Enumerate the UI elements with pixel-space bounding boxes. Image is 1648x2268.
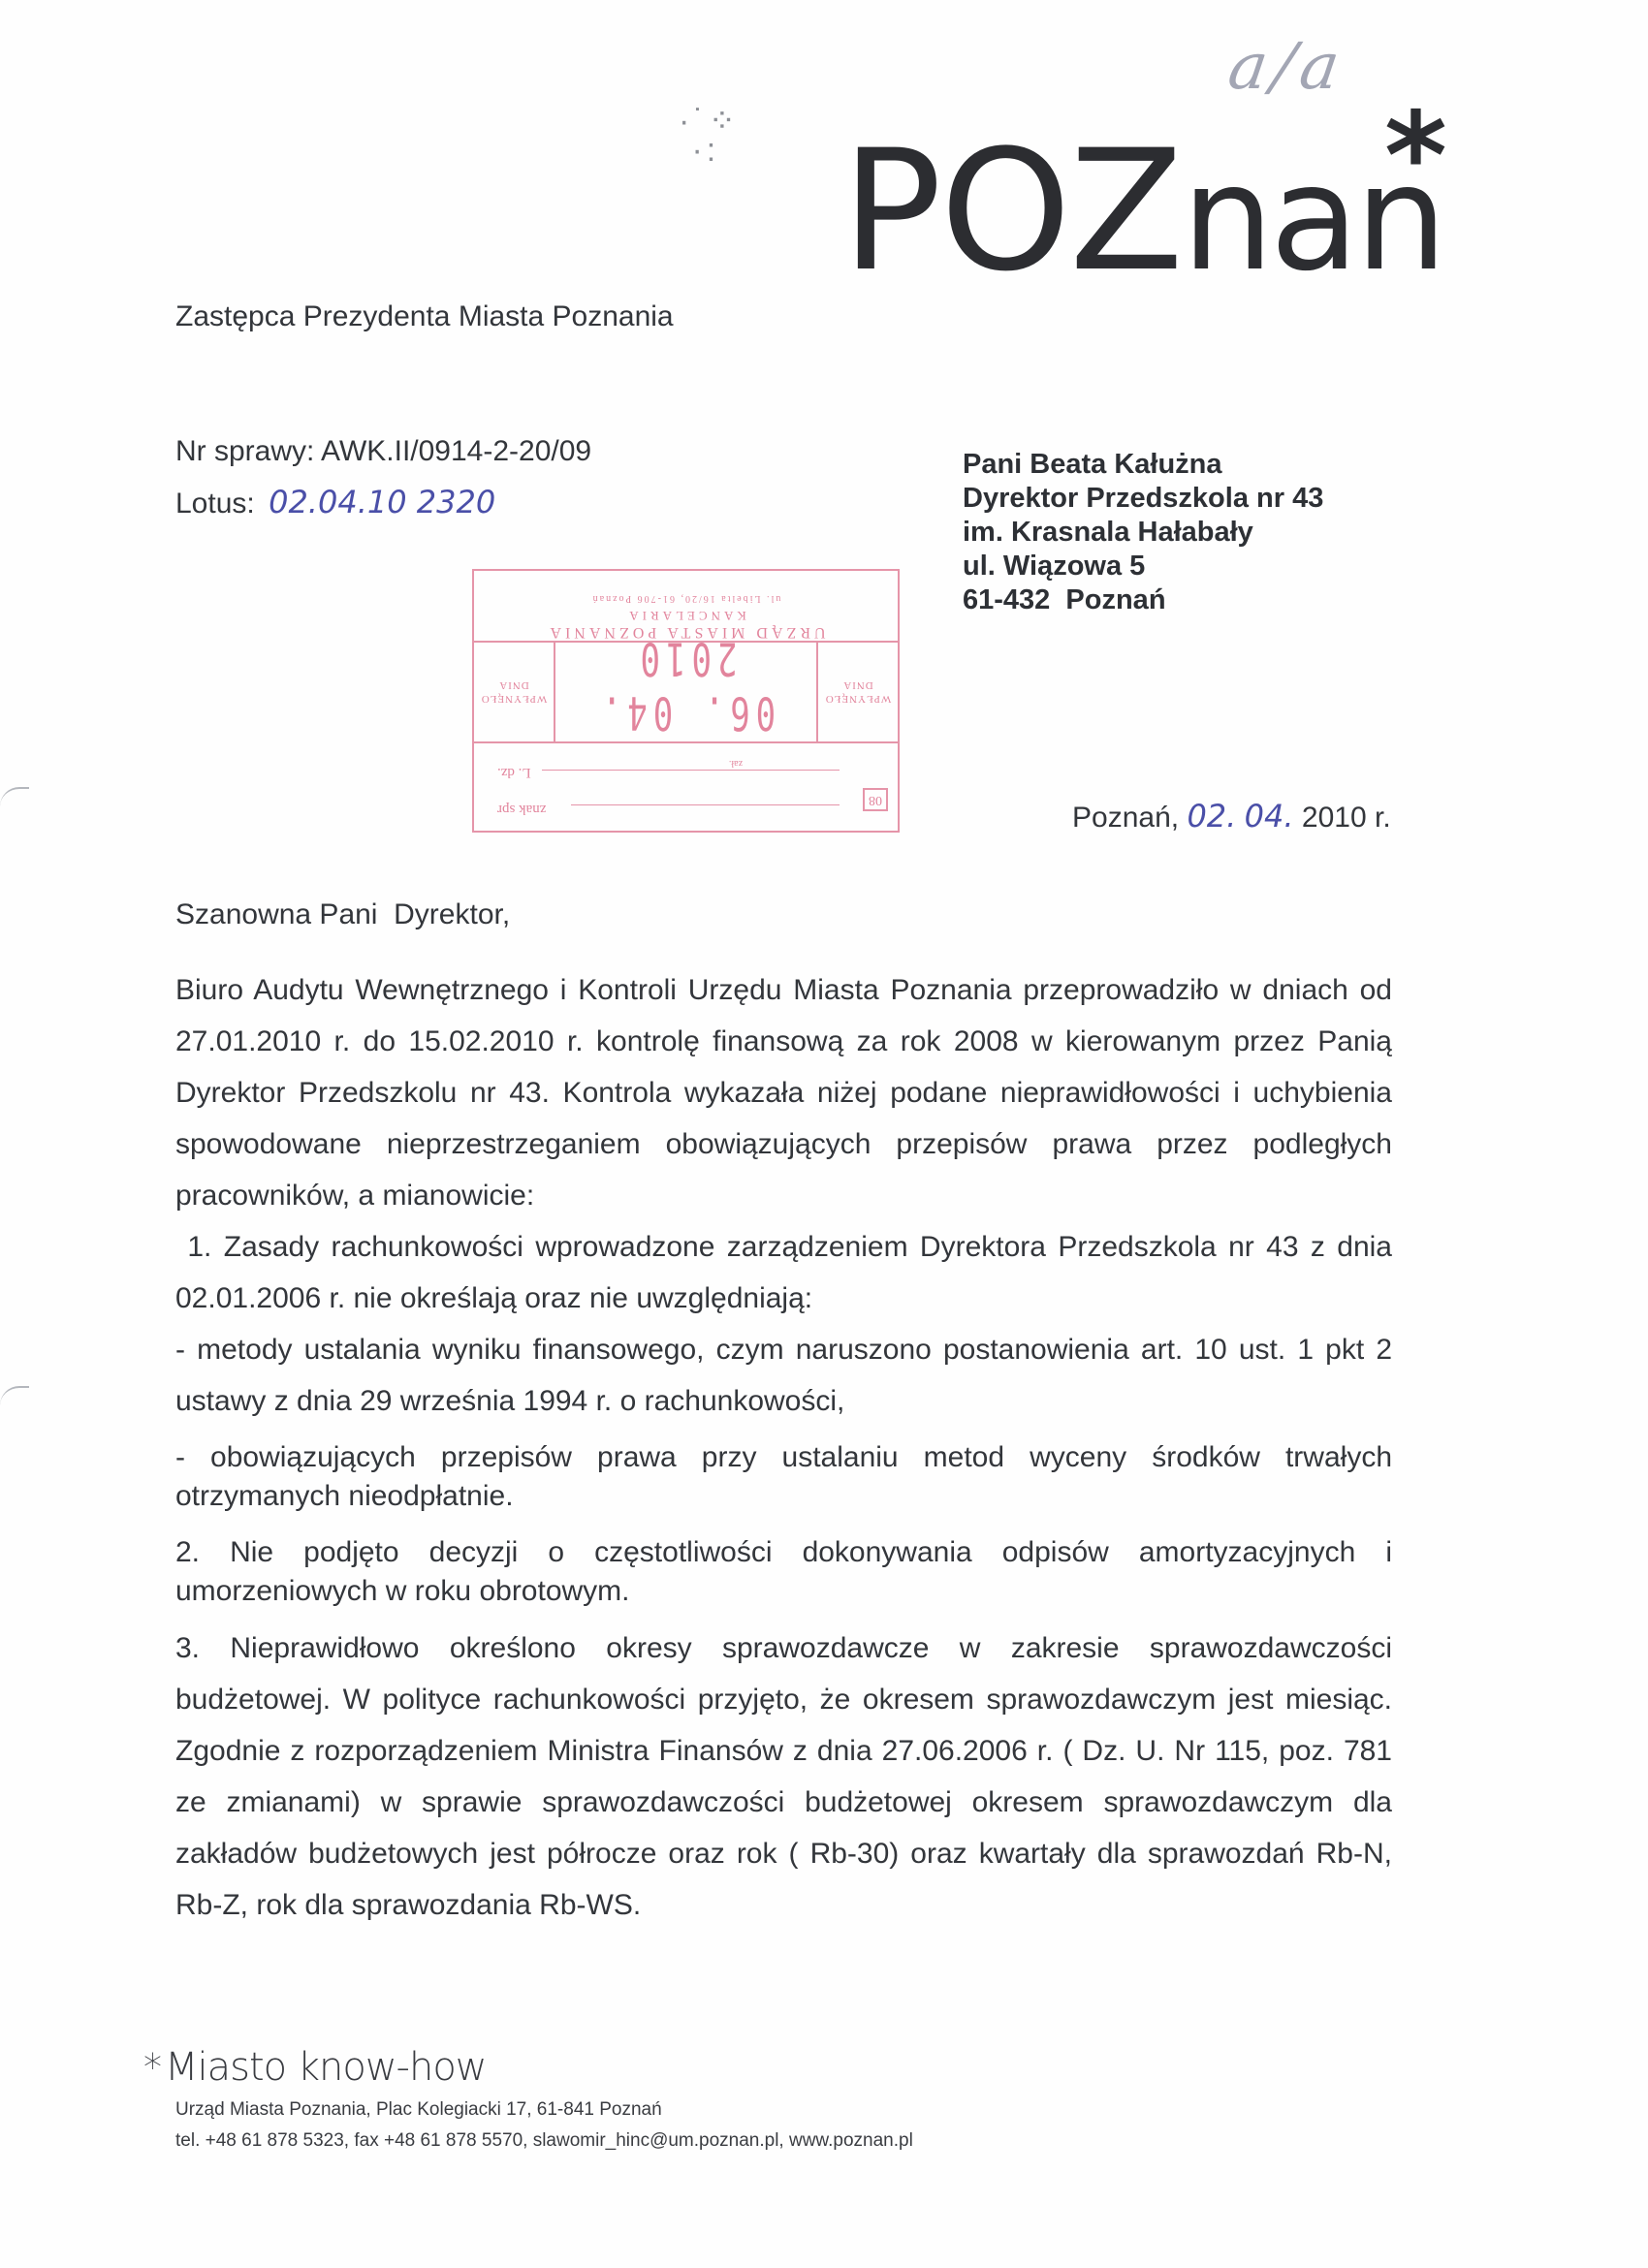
- stamp-label-attachments: zał.: [729, 758, 743, 769]
- intro-paragraph: Biuro Audytu Wewnętrznego i Kontroli Urz…: [175, 964, 1392, 1221]
- footer-asterisk-icon: *: [143, 2046, 161, 2089]
- scan-speckle-decoration: ·˙⁘ ·:: [679, 107, 740, 165]
- stamp-label-sign: znak spr: [497, 801, 546, 817]
- finding-2: 2. Nie podjęto decyzji o częstotliwości …: [175, 1533, 1392, 1611]
- stamp-received-word: WPŁYNĘŁO: [818, 692, 898, 706]
- finding-1-intro: 1. Zasady rachunkowości wprowadzone zarz…: [175, 1221, 1392, 1324]
- recipient-street: ul. Wiązowa 5: [963, 550, 1323, 583]
- lotus-handwritten-value: 02.04.10 2320: [269, 484, 495, 520]
- handwritten-corner-annotation: a/a: [1224, 29, 1350, 104]
- recipient-position: Dyrektor Przedszkola nr 43: [963, 482, 1323, 516]
- footer-tagline: *Miasto know-how: [143, 2045, 487, 2090]
- letter-body: Biuro Audytu Wewnętrznego i Kontroli Urz…: [175, 964, 1392, 1931]
- logo-asterisk-icon: *: [1384, 109, 1447, 205]
- recipient-city: 61-432 Poznań: [963, 583, 1323, 617]
- logo-text-upper: POZ: [841, 113, 1182, 308]
- stamp-middle-band: WPŁYNĘŁO DNIA 06. 04. 2010 WPŁYNĘŁO DNIA: [474, 641, 898, 743]
- finding-1-point-b: - obowiązujących przepisów prawa przy us…: [175, 1438, 1392, 1516]
- stamp-bottom-band: URZĄD MIASTA POZNANIA KANCELARIA ul. Lib…: [474, 571, 898, 643]
- date-handwritten-day: 02.: [1187, 798, 1236, 835]
- stamp-line: [571, 804, 840, 805]
- stamp-received-label-right: WPŁYNĘŁO DNIA: [474, 641, 555, 743]
- stamp-line: [542, 770, 840, 771]
- stamp-received-word: WPŁYNĘŁO: [474, 692, 554, 706]
- case-number-label: Nr sprawy:: [175, 435, 314, 467]
- footer-contact: tel. +48 61 878 5323, fax +48 61 878 557…: [175, 2130, 913, 2152]
- footer-address: Urząd Miasta Poznania, Plac Kolegiacki 1…: [175, 2099, 662, 2121]
- date-city: Poznań,: [1072, 802, 1179, 834]
- punch-hole-mark: [0, 1386, 29, 1405]
- footer-tagline-text: Miasto know-how: [165, 2045, 487, 2090]
- sender-title: Zastępca Prezydenta Miasta Poznania: [175, 300, 674, 333]
- stamp-day-word: DNIA: [474, 678, 554, 692]
- recipient-address-block: Pani Beata Kałużna Dyrektor Przedszkola …: [963, 448, 1323, 617]
- case-number-value: AWK.II/0914-2-20/09: [321, 435, 591, 467]
- date-handwritten-month: 04.: [1245, 798, 1294, 835]
- stamp-received-label-left: WPŁYNĘŁO DNIA: [816, 641, 898, 743]
- salutation: Szanowna Pani Dyrektor,: [175, 898, 510, 931]
- place-and-date: Poznań, 02. 04. 2010 r.: [1072, 798, 1391, 835]
- case-number-line: Nr sprawy: AWK.II/0914-2-20/09: [175, 435, 591, 468]
- punch-hole-mark: [0, 787, 29, 806]
- stamp-org-name: URZĄD MIASTA POZNANIA: [474, 623, 898, 641]
- recipient-name: Pani Beata Kałużna: [963, 448, 1323, 482]
- stamp-top-band: 08 znak spr L. dz. zał.: [474, 741, 898, 831]
- finding-3: 3. Nieprawidłowo określono okresy sprawo…: [175, 1622, 1392, 1931]
- poznan-logo: POZnan: [841, 143, 1443, 287]
- stamp-day-word: DNIA: [818, 678, 898, 692]
- date-year: 2010 r.: [1302, 802, 1391, 834]
- stamp-box-number: 08: [863, 788, 888, 811]
- lotus-label: Lotus:: [175, 488, 255, 520]
- stamp-date: 06. 04. 2010: [561, 631, 810, 740]
- received-stamp: 08 znak spr L. dz. zał. WPŁYNĘŁO DNIA 06…: [472, 569, 900, 833]
- lotus-line: Lotus: 02.04.10 2320: [175, 484, 495, 520]
- stamp-org-dept: KANCELARIA: [474, 608, 898, 623]
- recipient-institution: im. Krasnala Hałabały: [963, 516, 1323, 550]
- stamp-label-ldz: L. dz.: [497, 764, 531, 780]
- finding-1-point-a: - metody ustalania wyniku finansowego, c…: [175, 1324, 1392, 1427]
- stamp-org-address: ul. Libelta 16/20, 61-706 Poznań: [474, 593, 898, 604]
